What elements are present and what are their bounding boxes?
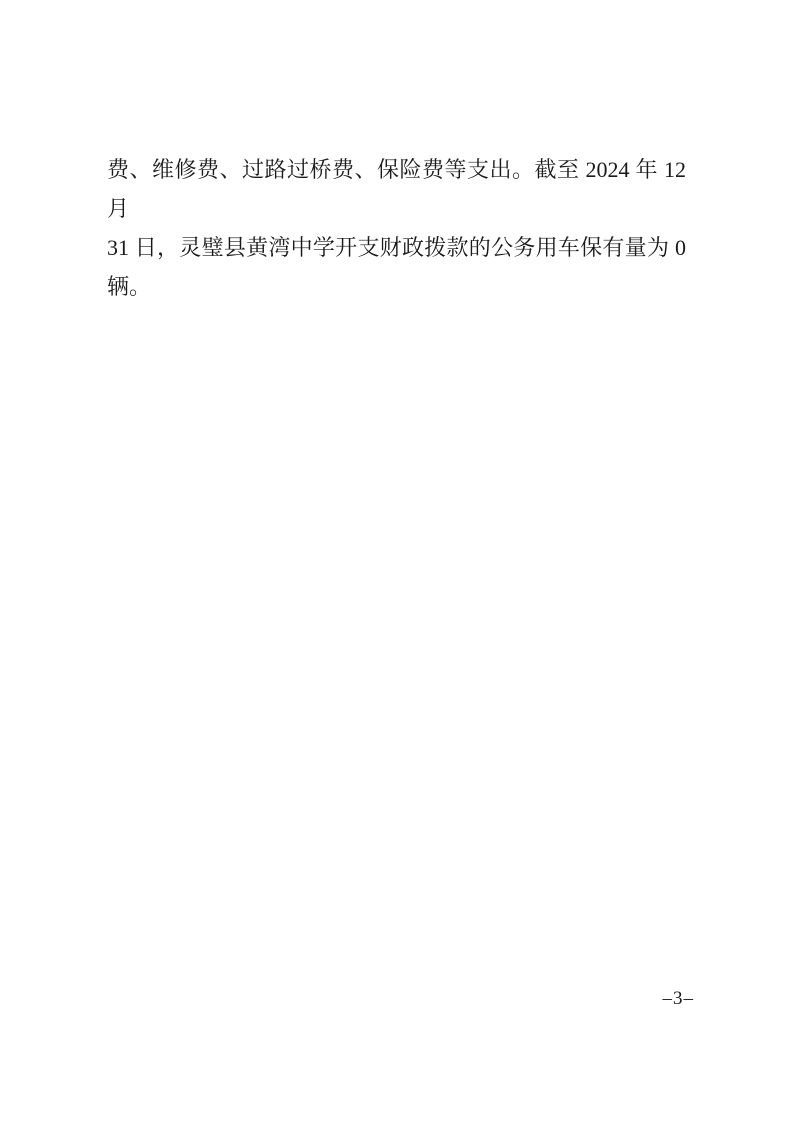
body-paragraph: 费、维修费、过路过桥费、保险费等支出。截至 2024 年 12 月 31 日，灵… [107,150,686,306]
paragraph-line-2: 31 日，灵璧县黄湾中学开支财政拨款的公务用车保有量为 0 [107,228,686,267]
page-number: –3– [663,987,695,1011]
paragraph-line-1: 费、维修费、过路过桥费、保险费等支出。截至 2024 年 12 月 [107,150,686,228]
document-page: 费、维修费、过路过桥费、保险费等支出。截至 2024 年 12 月 31 日，灵… [0,0,793,1122]
paragraph-line-3: 辆。 [107,267,686,306]
